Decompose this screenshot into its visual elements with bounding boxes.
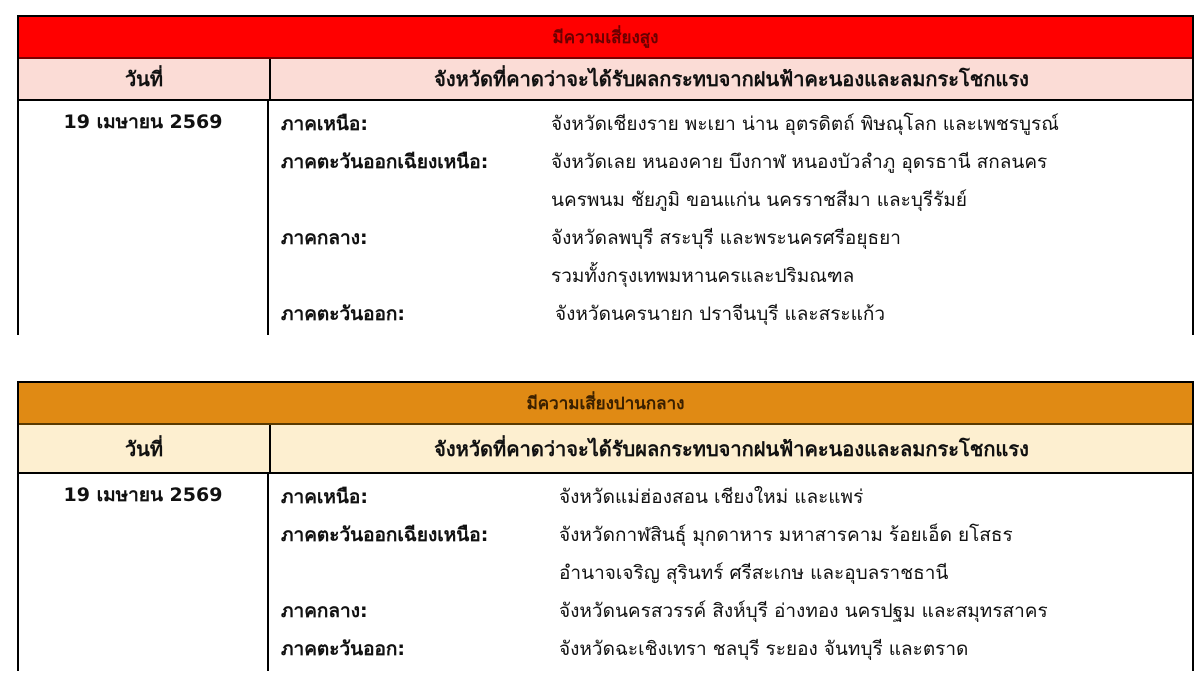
province-list: จังหวัดเชียงราย พะเยา น่าน อุตรดิตถ์ พิษ… [551,105,1192,143]
table-header: วันที่ จังหวัดที่คาดว่าจะได้รับผลกระทบจา… [19,425,1192,474]
province-cell: ภาคเหนือ: จังหวัดแม่ฮ่องสอน เชียงใหม่ แล… [269,474,1192,671]
province-list: รวมทั้งกรุงเทพมหานครและปริมณฑล [551,257,1192,295]
high-risk-table: มีความเสี่ยงสูง วันที่ จังหวัดที่คาดว่าจ… [17,15,1194,335]
region-name: ภาคกลาง: [269,592,559,630]
table-row: 19 เมษายน 2569 ภาคเหนือ: จังหวัดแม่ฮ่องส… [19,474,1192,671]
table-header: วันที่ จังหวัดที่คาดว่าจะได้รับผลกระทบจา… [19,59,1192,101]
table-row: 19 เมษายน 2569 ภาคเหนือ: จังหวัดเชียงราย… [19,101,1192,335]
region-east: ภาคตะวันออก: จังหวัดฉะเชิงเทรา ชลบุรี ระ… [269,630,1192,668]
date-column-header: วันที่ [19,425,271,472]
region-name: ภาคเหนือ: [269,478,559,516]
date-column-header: วันที่ [19,59,271,99]
province-column-header: จังหวัดที่คาดว่าจะได้รับผลกระทบจากฝนฟ้าค… [271,425,1192,472]
region-north: ภาคเหนือ: จังหวัดเชียงราย พะเยา น่าน อุต… [269,105,1192,143]
province-list: จังหวัดแม่ฮ่องสอน เชียงใหม่ และแพร่ [559,478,1192,516]
region-name: ภาคตะวันออก: [269,295,551,333]
risk-level-banner: มีความเสี่ยงสูง [19,17,1192,59]
province-list: นครพนม ชัยภูมิ ขอนแก่น นครราชสีมา และบุร… [551,181,1192,219]
province-list: จังหวัดกาฬสินธุ์ มุกดาหาร มหาสารคาม ร้อย… [559,516,1192,554]
province-list: อำนาจเจริญ สุรินทร์ ศรีสะเกษ และอุบลราชธ… [559,554,1192,592]
province-list: จังหวัดลพบุรี สระบุรี และพระนครศรีอยุธยา [551,219,1192,257]
province-list: จังหวัดนครนายก ปราจีนบุรี และสระแก้ว [551,295,1192,333]
province-list: จังหวัดเลย หนองคาย บึงกาฬ หนองบัวลำภู อุ… [551,143,1192,181]
region-central: ภาคกลาง: จังหวัดลพบุรี สระบุรี และพระนคร… [269,219,1192,295]
region-name: ภาคตะวันออก: [269,630,559,668]
province-list: จังหวัดฉะเชิงเทรา ชลบุรี ระยอง จันทบุรี … [559,630,1192,668]
region-northeast: ภาคตะวันออกเฉียงเหนือ: จังหวัดเลย หนองคา… [269,143,1192,219]
province-cell: ภาคเหนือ: จังหวัดเชียงราย พะเยา น่าน อุต… [269,101,1192,335]
region-name: ภาคตะวันออกเฉียงเหนือ: [269,143,551,219]
region-central: ภาคกลาง: จังหวัดนครสวรรค์ สิงห์บุรี อ่าง… [269,592,1192,630]
risk-level-banner: มีความเสี่ยงปานกลาง [19,383,1192,425]
region-north: ภาคเหนือ: จังหวัดแม่ฮ่องสอน เชียงใหม่ แล… [269,478,1192,516]
province-list: จังหวัดนครสวรรค์ สิงห์บุรี อ่างทอง นครปฐ… [559,592,1192,630]
region-name: ภาคเหนือ: [269,105,551,143]
date-cell: 19 เมษายน 2569 [19,474,269,671]
medium-risk-table: มีความเสี่ยงปานกลาง วันที่ จังหวัดที่คาด… [17,381,1194,671]
region-east: ภาคตะวันออก: จังหวัดนครนายก ปราจีนบุรี แ… [269,295,1192,333]
region-name: ภาคตะวันออกเฉียงเหนือ: [269,516,559,592]
province-column-header: จังหวัดที่คาดว่าจะได้รับผลกระทบจากฝนฟ้าค… [271,59,1192,99]
region-name: ภาคกลาง: [269,219,551,295]
date-cell: 19 เมษายน 2569 [19,101,269,335]
region-northeast: ภาคตะวันออกเฉียงเหนือ: จังหวัดกาฬสินธุ์ … [269,516,1192,592]
